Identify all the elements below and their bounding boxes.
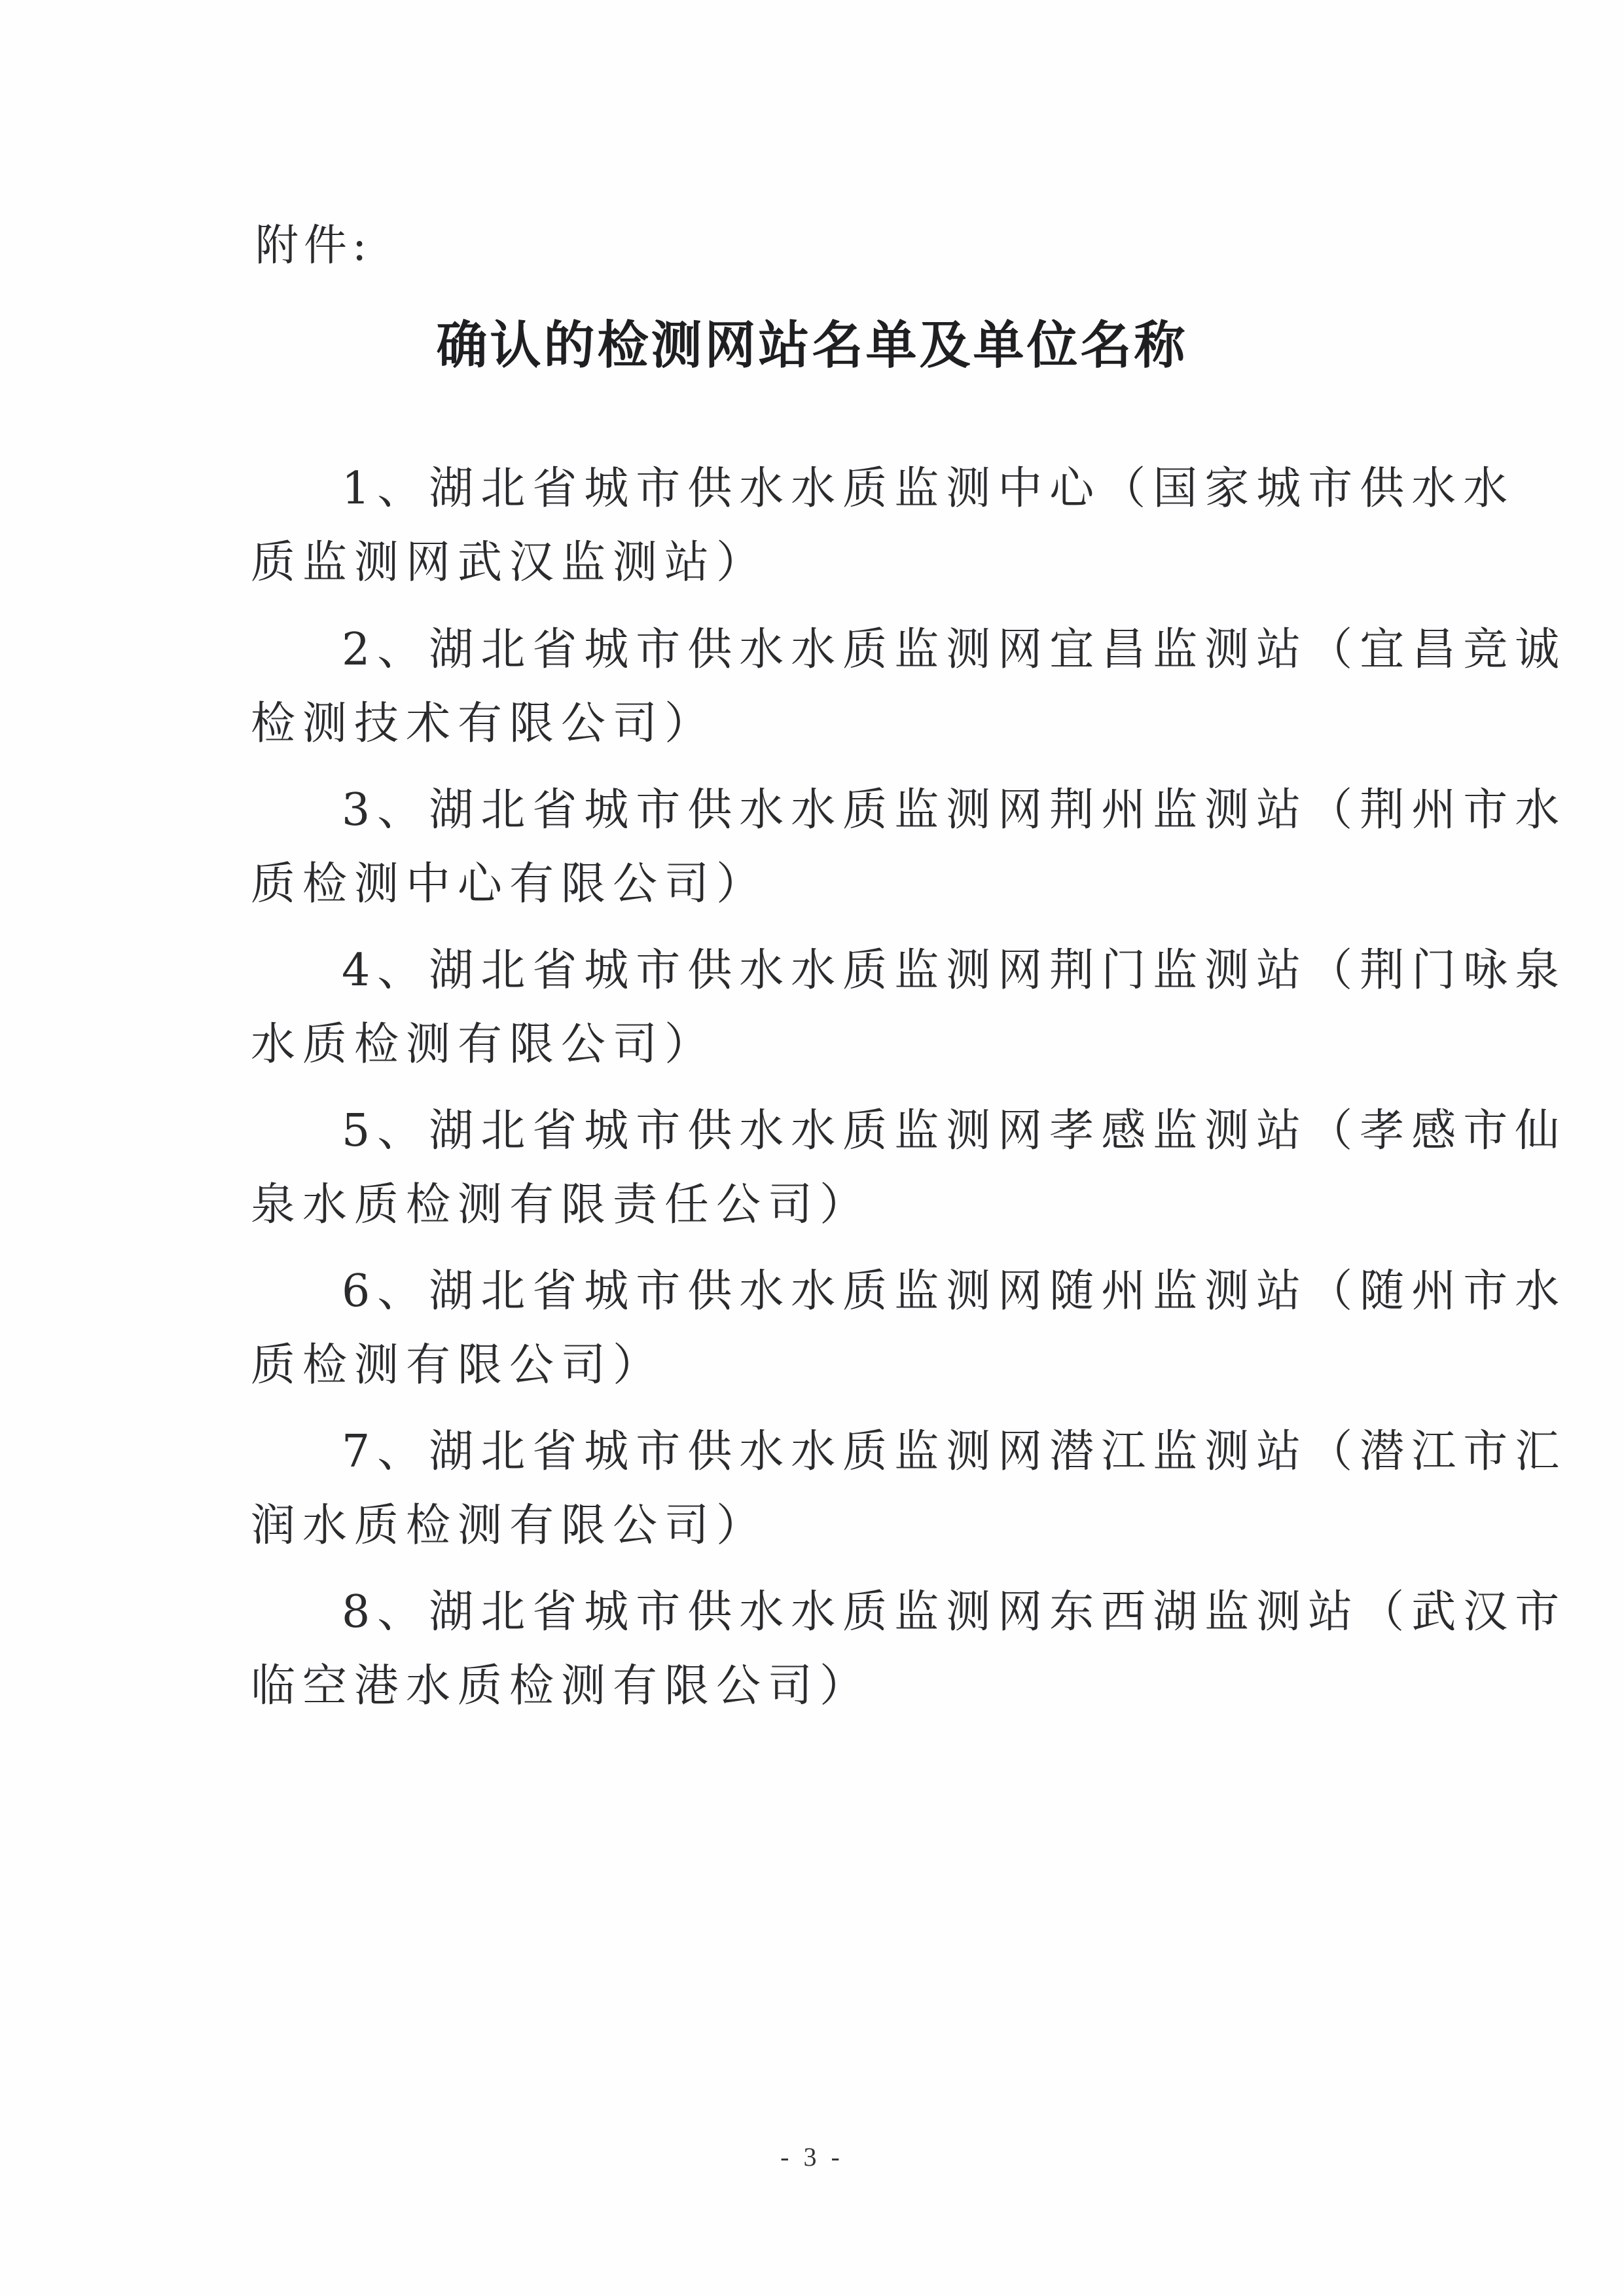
page-title: 确认的检测网站名单及单位名称 [0, 313, 1624, 378]
list-item-line-2: 临空港水质检测有限公司） [251, 1654, 871, 1719]
list-item-line-2: 质检测有限公司） [251, 1333, 664, 1398]
list-item-line-1: 5、湖北省城市供水水质监测网孝感监测站（孝感市仙 [342, 1099, 1566, 1164]
list-item-line-1: 3、湖北省城市供水水质监测网荆州监测站（荆州市水 [342, 778, 1566, 843]
list-item-line-2: 水质检测有限公司） [251, 1012, 716, 1078]
list-item-line-1: 2、湖北省城市供水水质监测网宜昌监测站（宜昌竞诚 [342, 617, 1566, 683]
list-item-line-1: 8、湖北省城市供水水质监测网东西湖监测站（武汉市 [342, 1580, 1566, 1645]
list-item-line-1: 7、湖北省城市供水水质监测网潜江监测站（潜江市汇 [342, 1419, 1566, 1485]
page-number: - 3 - [0, 2141, 1624, 2174]
list-item-line-2: 泉水质检测有限责任公司） [251, 1173, 871, 1238]
list-item-line-2: 检测技术有限公司） [251, 691, 716, 757]
list-item-line-1: 6、湖北省城市供水水质监测网随州监测站（随州市水 [342, 1259, 1566, 1324]
list-item-line-1: 4、湖北省城市供水水质监测网荆门监测站（荆门咏泉 [342, 938, 1566, 1004]
document-page: 附件: 确认的检测网站名单及单位名称 1、湖北省城市供水水质监测中心（国家城市供… [0, 0, 1624, 2296]
list-item-line-1: 1、湖北省城市供水水质监测中心（国家城市供水水 [342, 456, 1515, 522]
list-item-line-2: 润水质检测有限公司） [251, 1493, 768, 1559]
list-item-line-2: 质监测网武汉监测站） [251, 530, 768, 596]
list-item-line-2: 质检测中心有限公司） [251, 852, 768, 917]
attachment-label: 附件: [255, 216, 372, 275]
